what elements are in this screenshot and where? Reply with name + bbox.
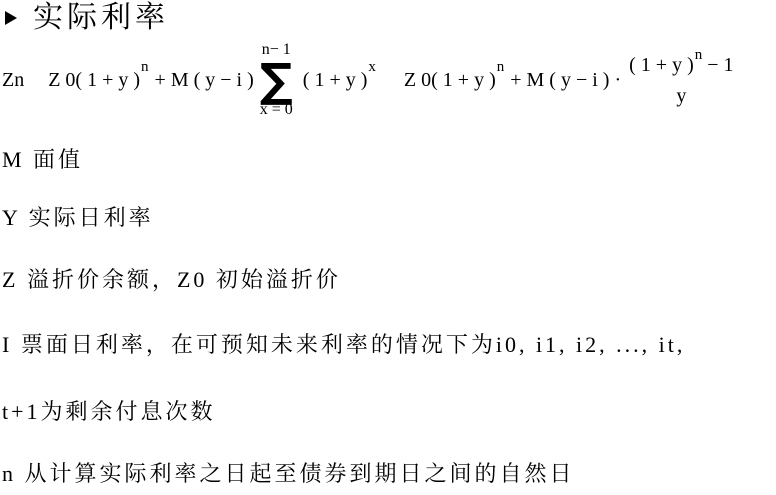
title-row: 实际利率 xyxy=(5,2,169,34)
formula-term4: Z 0( 1 + y )n xyxy=(404,69,504,92)
definition-line-Y: Y 实际日利率 xyxy=(2,205,154,231)
formula-term1-exponent: n xyxy=(141,59,149,76)
formula-term1-base: Z 0( 1 + y ) xyxy=(48,69,140,91)
formula-term4-base: Z 0( 1 + y ) xyxy=(404,69,496,91)
page-title: 实际利率 xyxy=(33,2,169,34)
definition-line-I: I 票面日利率，在可预知未来利率的情况下为i0, i1, i2, ..., it… xyxy=(2,332,685,358)
formula-term2: + M ( y − i ) xyxy=(155,69,254,92)
definition-line-t: t+1为剩余付息次数 xyxy=(2,399,216,425)
definition-line-Z: Z 溢折价余额，Z0 初始溢折价 xyxy=(2,267,341,293)
definition-line-n: n 从计算实际利率之日起至债券到期日之间的自然日 xyxy=(2,461,575,487)
formula: Zn Z 0( 1 + y )n + M ( y − i ) n− 1 ∑ x … xyxy=(0,33,776,127)
formula-lhs: Zn xyxy=(2,69,24,92)
fraction-denominator: y xyxy=(676,85,686,107)
document-page: 实际利率 Zn Z 0( 1 + y )n + M ( y − i ) n− 1… xyxy=(0,0,776,495)
formula-term3: ( 1 + y )x xyxy=(303,69,376,92)
right-triangle-bullet-icon xyxy=(5,11,17,25)
definition-line-M: M 面值 xyxy=(2,147,83,173)
formula-term1: Z 0( 1 + y )n xyxy=(48,69,148,92)
fraction-numerator: ( 1 + y )n − 1 xyxy=(629,53,733,85)
fraction-numerator-base: ( 1 + y ) xyxy=(629,54,694,76)
formula-term5: + M ( y − i ) · xyxy=(510,69,621,92)
formula-term3-exponent: x xyxy=(368,59,376,76)
fraction: ( 1 + y )n − 1 y xyxy=(629,53,733,107)
summation: n− 1 ∑ x = 0 xyxy=(260,41,293,119)
formula-term3-base: ( 1 + y ) xyxy=(303,69,368,91)
sigma-icon: ∑ xyxy=(260,59,293,101)
summation-lower-limit: x = 0 xyxy=(260,101,293,119)
fraction-numerator-tail: − 1 xyxy=(702,54,733,76)
fraction-numerator-exponent: n xyxy=(695,43,703,67)
formula-term4-exponent: n xyxy=(497,59,505,76)
